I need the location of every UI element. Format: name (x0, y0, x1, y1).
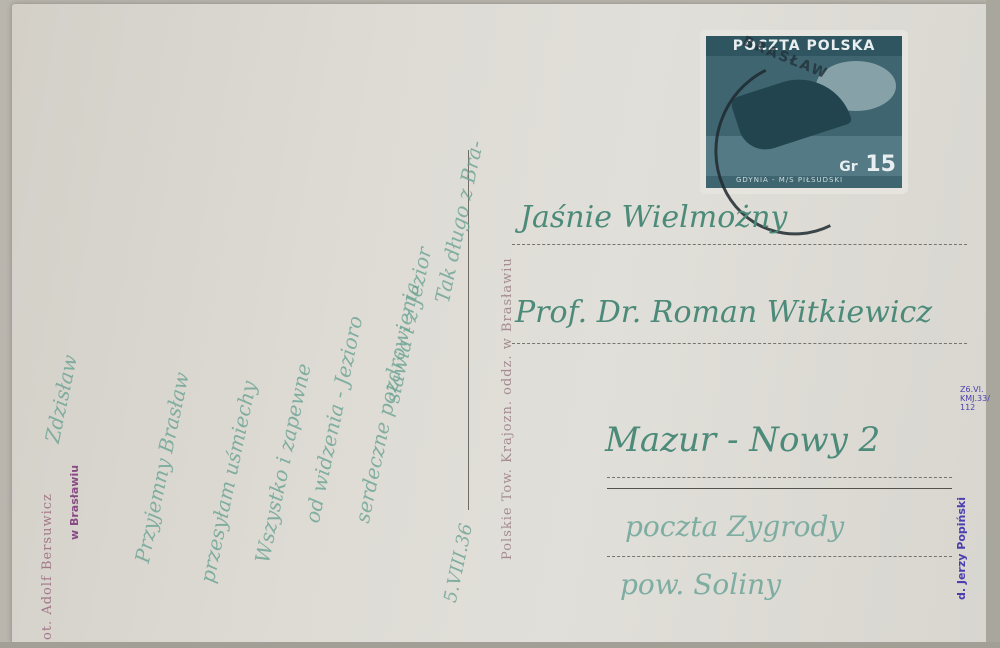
photographer-stamp: w Brasławiu (68, 465, 81, 540)
background-edge (986, 0, 1000, 648)
address-underline (607, 488, 952, 489)
collection-stamp: d. Jerzy Popiński (955, 497, 968, 600)
address-post: poczta Zygrody (625, 510, 844, 543)
address-name: Prof. Dr. Roman Witkiewicz (515, 295, 932, 330)
stamp-header: POCZTA POLSKA (706, 36, 902, 56)
address-line-1 (512, 244, 967, 245)
publisher-imprint: Polskie Tow. Krajozn. oddz. w Brasławiu (500, 257, 515, 560)
background-edge-bottom (0, 642, 1000, 648)
address-street: Mazur - Nowy 2 (605, 420, 880, 460)
address-line-4 (607, 556, 952, 557)
address-line-2 (512, 343, 967, 344)
photographer-imprint: ot. Adolf Bersuwicz (40, 493, 55, 640)
address-region: pow. Soliny (620, 568, 781, 601)
address-line-3 (607, 477, 952, 478)
address-salutation: Jaśnie Wielmożny (520, 200, 787, 235)
collection-code: Z6.VI. KMJ.33/ 112 (960, 385, 990, 412)
